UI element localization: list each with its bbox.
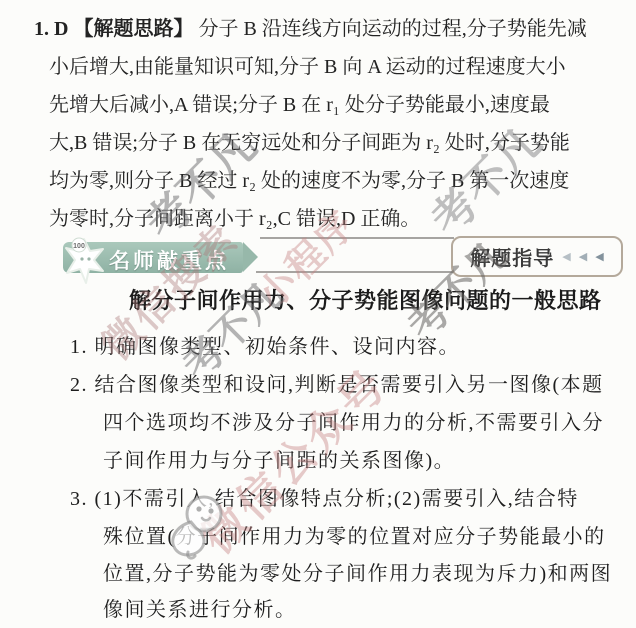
- guide-label-box: 解题指导 ◀ ◀ ◀: [451, 236, 623, 277]
- tip-line: 子间作用力与分子间距的关系图像)。: [103, 444, 455, 473]
- answer-explanation: 1. D 【解题思路】 分子 B 沿连线方向运动的过程,分子势能先减 小后增大,…: [34, 14, 619, 242]
- answer-method-label: 【解题思路】: [73, 18, 193, 40]
- section-heading: 解分子间作用力、分子势能图像问题的一般思路: [129, 284, 602, 315]
- mascot-badge: 100: [73, 243, 85, 250]
- left-arrow-icon: ◀: [562, 251, 570, 262]
- tip-line: 2. 结合图像类型和设问,判断是否需要引入另一图像(本题: [70, 368, 604, 397]
- teacher-tips-banner: 100 名师敲重点: [63, 242, 243, 273]
- guide-label: 解题指导: [470, 242, 554, 271]
- mascot-icon: 100: [59, 235, 109, 287]
- answer-number: 1. D: [34, 18, 68, 40]
- divider-line: [260, 237, 454, 239]
- answer-line: 小后增大,由能量知识可知,分子 B 向 A 运动的过程速度大小: [49, 52, 619, 90]
- answer-line: 均为零,则分子 B 经过 r₂ 处的速度不为零,分子 B 第一次速度: [49, 166, 619, 204]
- left-arrow-icon: ◀: [579, 251, 587, 262]
- penguin-watermark-icon: [158, 492, 238, 562]
- tip-line: 1. 明确图像类型、初始条件、设问内容。: [70, 330, 460, 359]
- tip-line: 四个选项均不涉及分子间作用力的分析,不需要引入分: [103, 406, 604, 435]
- answer-text: 分子 B 沿连线方向运动的过程,分子势能先减: [198, 18, 586, 40]
- answer-line: 先增大后减小,A 错误;分子 B 在 r₁ 处分子势能最小,速度最: [49, 90, 619, 128]
- banner-title: 名师敲重点: [109, 245, 229, 275]
- divider-line: [256, 271, 454, 273]
- answer-line: 大,B 错误;分子 B 在无穷远处和分子间距为 r₂ 处时,分子势能: [49, 128, 619, 166]
- textbook-answer-page: 1. D 【解题思路】 分子 B 沿连线方向运动的过程,分子势能先减 小后增大,…: [0, 0, 636, 628]
- tip-line: 像间关系进行分析。: [103, 593, 297, 622]
- tip-line: 3. (1)不需引入,结合图像特点分析;(2)需要引入,结合特: [70, 482, 579, 511]
- left-arrow-icon: ◀: [595, 251, 603, 262]
- answer-line: 1. D 【解题思路】 分子 B 沿连线方向运动的过程,分子势能先减: [34, 14, 619, 52]
